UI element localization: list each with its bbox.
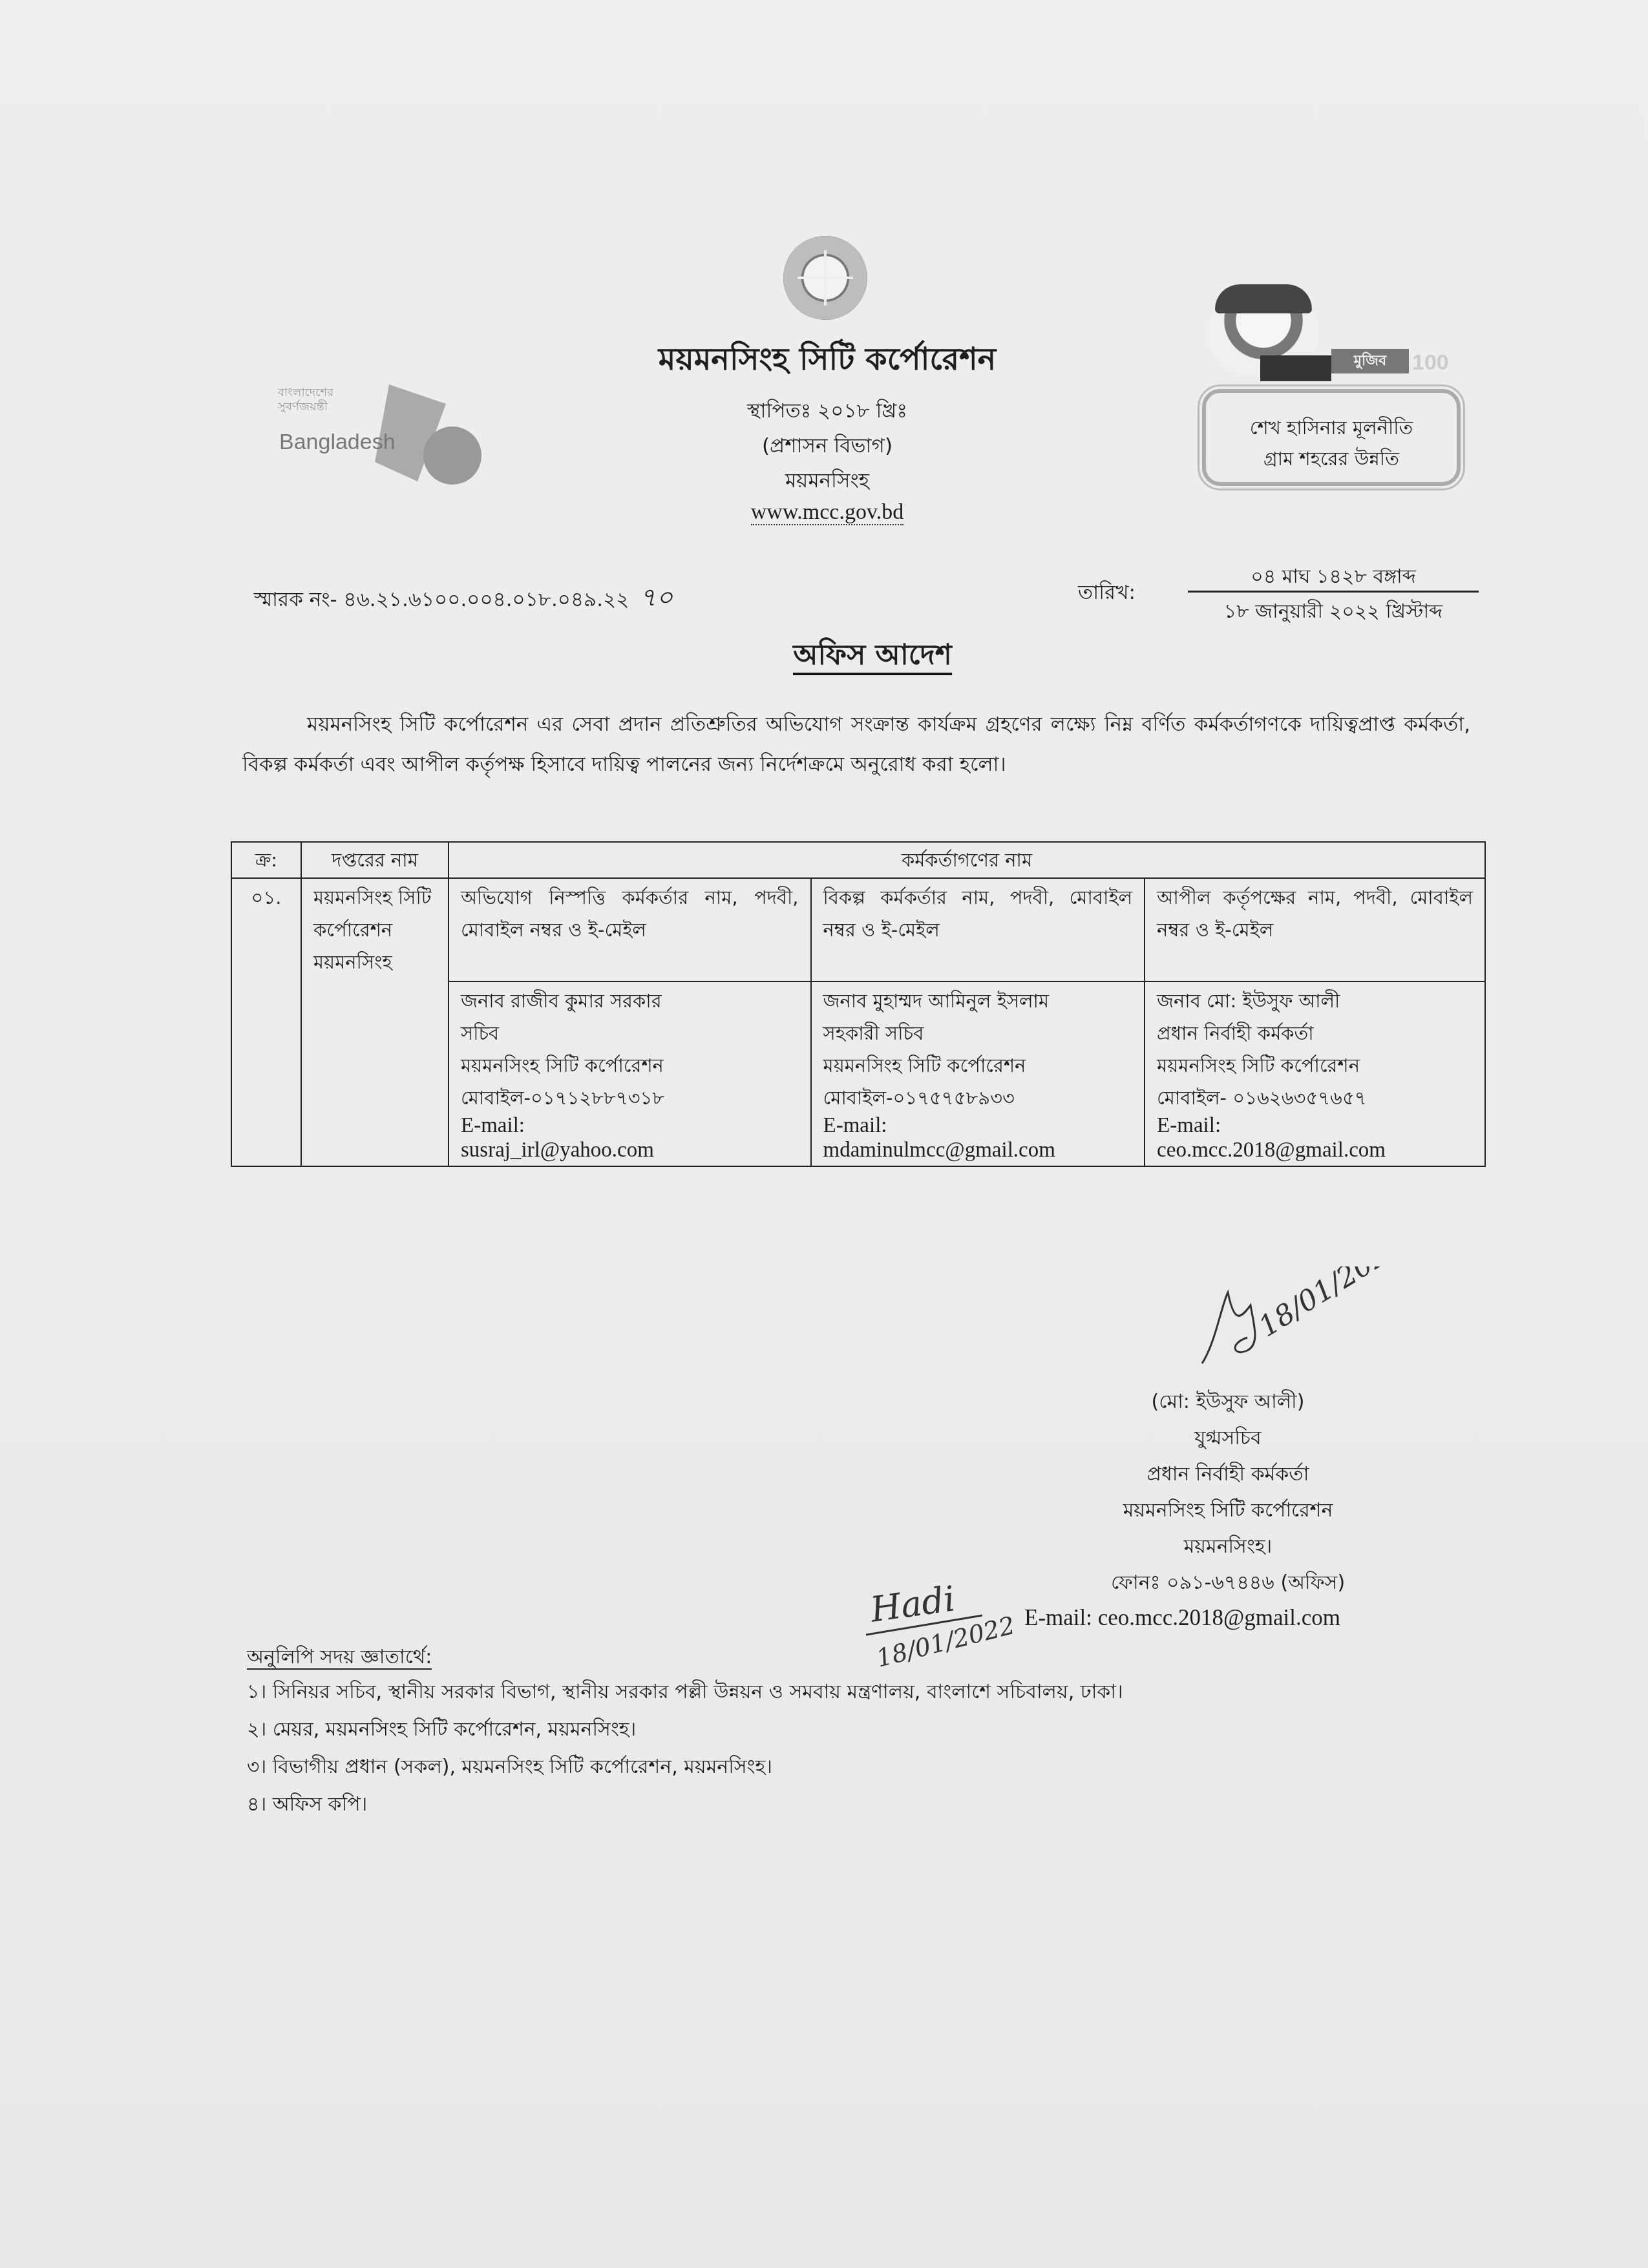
copy-to-list: ১। সিনিয়র সচিব, স্থানীয় সরকার বিভাগ, স… [247,1674,1475,1823]
officer-email-label: E-mail: [461,1114,799,1137]
list-item: ৩। বিভাগীয় প্রধান (সকল), ময়মনসিংহ সিটি… [247,1748,1475,1786]
copy-to-title: অনুলিপি সদয় জ্ঞাতার্থে: [247,1641,432,1674]
list-item: ৪। অফিস কপি। [247,1786,1475,1823]
header-officers: কর্মকর্তাগণের নাম [449,842,1485,878]
signature-date: 18/01/2022 [1253,1266,1410,1343]
city-line: ময়মনসিংহ [582,465,1073,499]
signatory-city: ময়মনসিংহ। [1028,1529,1428,1565]
officer-email[interactable]: mdaminulmcc@gmail.com [823,1137,1133,1163]
initial-text: Hadi [867,1583,958,1630]
established-line: স্থাপিতঃ ২০১৮ খ্রিঃ [582,395,1073,429]
website-link[interactable]: www.mcc.gov.bd [751,500,903,525]
memo-handwritten-suffix: ৭০ [639,583,673,613]
signatory-phone: ফোনঃ ০৯১-৬৭৪৪৬ (অফিস) [1028,1565,1428,1601]
officer-email[interactable]: ceo.mcc.2018@gmail.com [1157,1137,1473,1163]
list-item: ১। সিনিয়র সচিব, স্থানীয় সরকার বিভাগ, স… [247,1674,1475,1711]
bangladesh-50-logo-icon: বাংলাদেশের সুবর্ণজয়ন্তী Bangladesh [278,372,472,494]
slogan-line-2: গ্রাম শহরের উন্নতি [1206,443,1457,474]
signature-block: (মো: ইউসুফ আলী) যুগ্মসচিব প্রধান নির্বাহ… [1028,1384,1428,1601]
signatory-org: ময়মনসিংহ সিটি কর্পোরেশন [1028,1493,1428,1529]
officer-cell-complaint: জনাব রাজীব কুমার সরকার সচিব ময়মনসিংহ সি… [449,982,811,1166]
portrait-coat [1260,355,1331,381]
cell-office: ময়মনসিংহ সিটি কর্পোরেশন ময়মনসিংহ [301,878,449,1166]
officers-table: ক্র: দপ্তরের নাম কর্মকর্তাগণের নাম ০১. ম… [231,841,1486,1167]
officer-mobile: মোবাইল-০১৭১২৮৮৭৩১৮ [461,1082,799,1114]
memo-label: স্মারক নং- [254,588,337,611]
slogan-box: শেখ হাসিনার মূলনীতি গ্রাম শহরের উন্নতি [1202,389,1461,486]
logo-english-text: Bangladesh [279,430,396,455]
page-title: অফিস আদেশ [711,633,1034,680]
mujib-number: 100 [1412,350,1449,375]
cell-serial: ০১. [231,878,301,1166]
copy-to-title-text: অনুলিপি সদয় জ্ঞাতার্থে: [247,1646,432,1670]
signatory-designation: প্রধান নির্বাহী কর্মকর্তা [1028,1456,1428,1493]
list-item: ২। মেয়র, ময়মনসিংহ সিটি কর্পোরেশন, ময়ম… [247,1711,1475,1748]
signatory-rank: যুগ্মসচিব [1028,1420,1428,1456]
officer-org: ময়মনসিংহ সিটি কর্পোরেশন [1157,1049,1473,1082]
officer-org: ময়মনসিংহ সিটি কর্পোরেশন [823,1049,1133,1082]
org-name: ময়মনসিংহ সিটি কর্পোরেশন [582,336,1073,387]
header-office: দপ্তরের নাম [301,842,449,878]
officer-cell-alternate: জনাব মুহাম্মদ আমিনুল ইসলাম সহকারী সচিব ম… [811,982,1145,1166]
body-paragraph: ময়মনসিংহ সিটি কর্পোরেশন এর সেবা প্রদান … [242,704,1470,784]
portrait-hair [1215,284,1312,313]
officer-mobile: মোবাইল-০১৭৫৭৫৮৯৩৩ [823,1082,1133,1114]
officer-mobile: মোবাইল- ০১৬২৬৩৫৭৬৫৭ [1157,1082,1473,1114]
subheader-appeal-authority: আপীল কর্তৃপক্ষের নাম, পদবী, মোবাইল নম্বর… [1145,878,1485,982]
table-subheader-row: ০১. ময়মনসিংহ সিটি কর্পোরেশন ময়মনসিংহ অ… [231,878,1485,982]
logo-bangla-text: বাংলাদেশের সুবর্ণজয়ন্তী [278,386,349,414]
date-divider [1188,591,1479,593]
officer-email-label: E-mail: [823,1114,1133,1137]
date-label: তারিখ: [1078,577,1136,611]
table-header-row: ক্র: দপ্তরের নাম কর্মকর্তাগণের নাম [231,842,1485,878]
slogan-line-1: শেখ হাসিনার মূলনীতি [1206,412,1457,443]
officer-name: জনাব মুহাম্মদ আমিনুল ইসলাম [823,985,1133,1017]
officer-name: জনাব রাজীব কুমার সরকার [461,985,799,1017]
date-gregorian: ১৮ জানুয়ারী ২০২২ খ্রিস্টাব্দ [1188,596,1479,629]
page-title-text: অফিস আদেশ [793,638,951,675]
officer-email-label: E-mail: [1157,1114,1473,1137]
city-corporation-seal-icon [783,236,867,320]
officer-designation: সহকারী সচিব [823,1017,1133,1049]
logo-circle [423,426,481,485]
document-page: বাংলাদেশের সুবর্ণজয়ন্তী Bangladesh মুজি… [0,0,1648,2268]
initial-scribble-icon: Hadi 18/01/2022 [866,1583,1034,1680]
officer-designation: সচিব [461,1017,799,1049]
officer-email[interactable]: susraj_irl@yahoo.com [461,1137,799,1163]
mujib-100-logo-icon: মুজিব 100 [1196,284,1467,381]
officer-name: জনাব মো: ইউসুফ আলী [1157,985,1473,1017]
memo-value: ৪৬.২১.৬১০০.০০৪.০১৮.০৪৯.২২ [344,588,629,611]
memo-number: স্মারক নং- ৪৬.২১.৬১০০.০০৪.০১৮.০৪৯.২২ ৭০ [254,577,673,620]
website-line: www.mcc.gov.bd [582,500,1073,525]
header-serial: ক্র: [231,842,301,878]
signature-icon: 18/01/2022 [1189,1266,1422,1370]
officer-org: ময়মনসিংহ সিটি কর্পোরেশন [461,1049,799,1082]
department-line: (প্রশাসন বিভাগ) [582,430,1073,464]
signatory-email[interactable]: E-mail: ceo.mcc.2018@gmail.com [1024,1605,1340,1631]
subheader-complaint-officer: অভিযোগ নিস্পত্তি কর্মকর্তার নাম, পদবী, ম… [449,878,811,982]
date-bangla: ০৪ মাঘ ১৪২৮ বঙ্গাব্দ [1188,561,1479,594]
officer-designation: প্রধান নির্বাহী কর্মকর্তা [1157,1017,1473,1049]
officer-cell-appeal: জনাব মো: ইউসুফ আলী প্রধান নির্বাহী কর্মক… [1145,982,1485,1166]
signatory-name: (মো: ইউসুফ আলী) [1028,1384,1428,1420]
subheader-alternate-officer: বিকল্প কর্মকর্তার নাম, পদবী, মোবাইল নম্ব… [811,878,1145,982]
mujib-word: মুজিব [1331,349,1409,373]
